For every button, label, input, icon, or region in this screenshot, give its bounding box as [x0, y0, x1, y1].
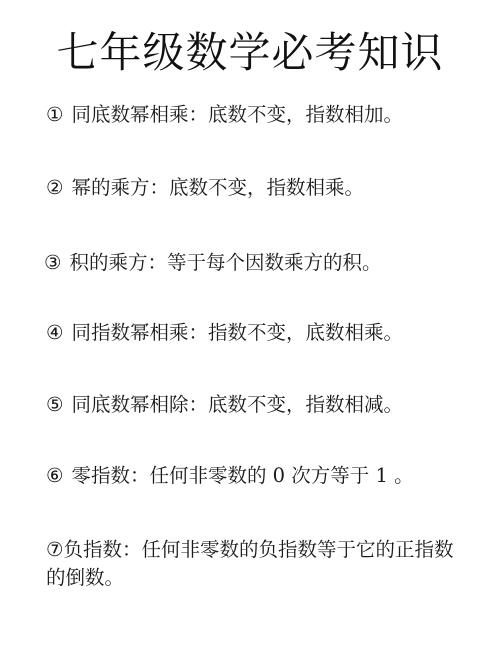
rule-number: ① — [46, 102, 63, 128]
rule-number: ⑦ — [46, 536, 63, 564]
rule-text: 负指数：任何非零数的负指数等于它的正指数的倒数。 — [46, 538, 454, 589]
rule-number: ③ — [44, 250, 61, 276]
rule-item-4: ④同指数幂相乘：指数不变，底数相乘。 — [46, 320, 403, 346]
rule-text: 幂的乘方：底数不变，指数相乘。 — [71, 176, 364, 199]
rule-text: 零指数：任何非零数的 0 次方等于 1 。 — [71, 464, 413, 487]
rule-item-3: ③积的乘方：等于每个因数乘方的积。 — [44, 250, 382, 276]
rule-item-1: ①同底数幂相乘：底数不变，指数相加。 — [46, 102, 403, 128]
page-title: 七年级数学必考知识 — [0, 28, 500, 78]
rule-item-2: ②幂的乘方：底数不变，指数相乘。 — [46, 175, 364, 201]
rule-number: ⑤ — [46, 392, 63, 418]
rule-text: 同底数幂相除：底数不变，指数相减。 — [71, 393, 403, 416]
rule-number: ⑥ — [46, 463, 63, 489]
rule-text: 同指数幂相乘：指数不变，底数相乘。 — [71, 321, 403, 344]
rule-text: 同底数幂相乘：底数不变，指数相加。 — [71, 103, 403, 126]
rule-item-7: ⑦负指数：任何非零数的负指数等于它的正指数的倒数。 — [46, 536, 466, 592]
rule-text: 积的乘方：等于每个因数乘方的积。 — [69, 251, 381, 274]
rule-item-5: ⑤同底数幂相除：底数不变，指数相减。 — [46, 392, 403, 418]
rule-item-6: ⑥零指数：任何非零数的 0 次方等于 1 。 — [46, 463, 414, 489]
rule-number: ④ — [46, 320, 63, 346]
rule-number: ② — [46, 175, 63, 201]
